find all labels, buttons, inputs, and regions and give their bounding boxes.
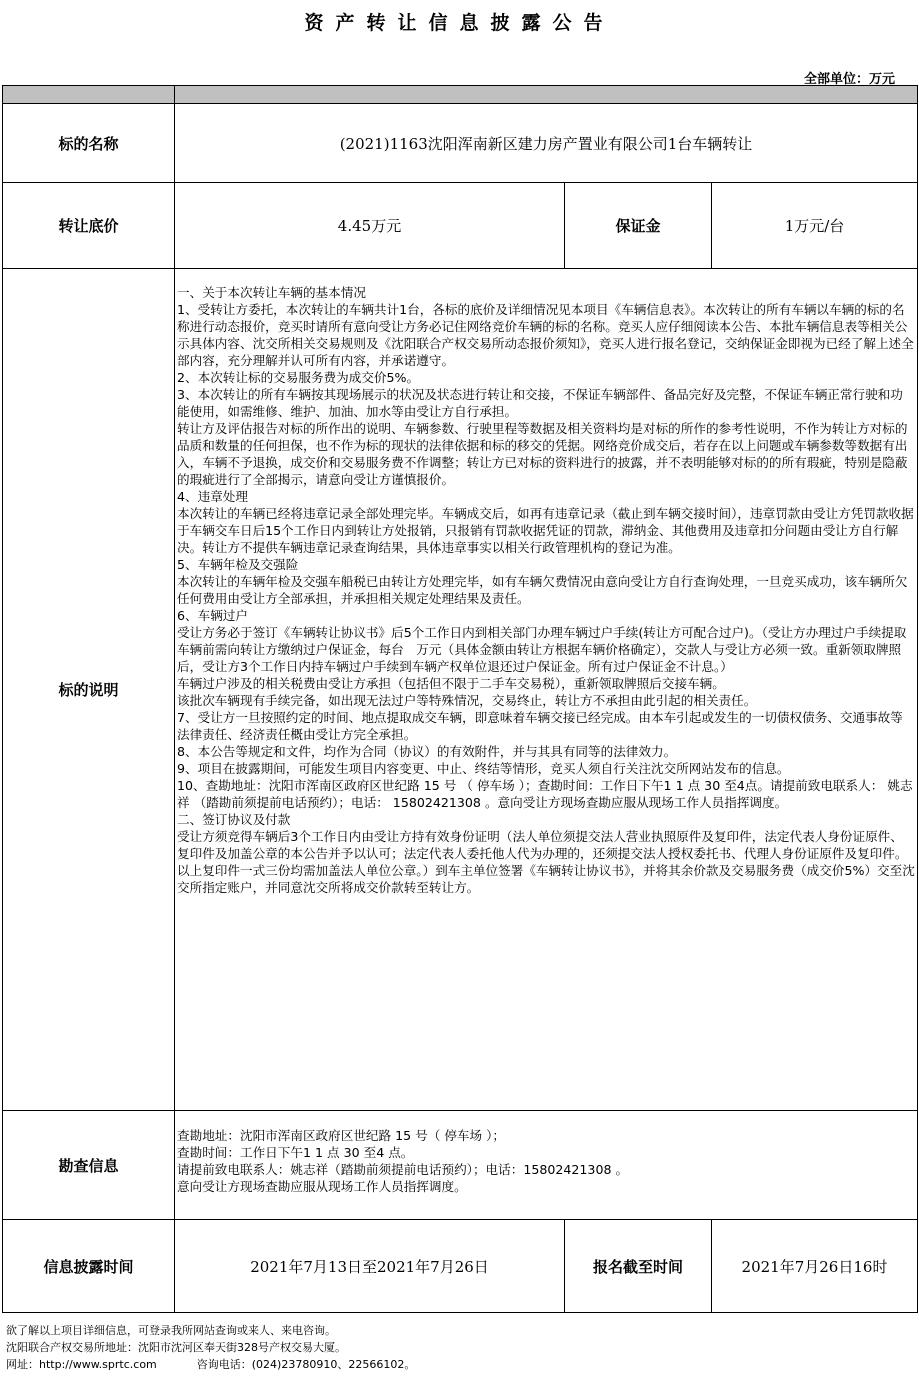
row-price: 转让底价 4.45万元 保证金 1万元/台	[3, 183, 918, 269]
desc-line: 受让方务必于签订《车辆转让协议书》后5个工作日内到相关部门办理车辆过户手续(转让…	[177, 624, 915, 675]
header-cell-left	[3, 86, 175, 104]
desc-line: 9、项目在披露期间，可能发生项目内容变更、中止、终结等情形，竞买人须自行关注沈交…	[177, 760, 915, 777]
row-dates: 信息披露时间 2021年7月13日至2021年7月26日 报名截至时间 2021…	[3, 1220, 918, 1313]
desc-line: 5、车辆年检及交强险	[177, 556, 915, 573]
disclosure-label: 信息披露时间	[3, 1220, 175, 1313]
price-label: 转让底价	[3, 183, 175, 269]
survey-line: 查勘地址：沈阳市浑南区政府区世纪路 15 号（ 停车场 ）；	[177, 1127, 915, 1144]
desc-line: 本次转让的车辆已经将违章记录全部处理完毕。车辆成交后，如再有违章记录（截止到车辆…	[177, 505, 915, 556]
target-name-label: 标的名称	[3, 104, 175, 183]
deadline-label: 报名截至时间	[565, 1220, 712, 1313]
description-content: 一、关于本次转让车辆的基本情况 1、受转让方委托，本次转让的车辆共计1台，各标的…	[175, 269, 918, 1111]
footer-info-line: 欲了解以上项目详细信息，可登录我所网站查询或来人、来电咨询。	[6, 1322, 415, 1339]
phone-label: 咨询电话：	[197, 1358, 252, 1371]
deposit-value: 1万元/台	[712, 183, 918, 269]
description-label: 标的说明	[3, 269, 175, 1111]
header-row	[3, 86, 918, 104]
footer-contact-line: 网址：http://www.sprtc.com咨询电话：(024)2378091…	[6, 1356, 415, 1373]
disclosure-value: 2021年7月13日至2021年7月26日	[175, 1220, 565, 1313]
price-value: 4.45万元	[175, 183, 565, 269]
desc-line: 2、本次转让标的交易服务费为成交价5%。	[177, 369, 915, 386]
survey-line: 查勘时间：工作日下午1 1 点 30 至4 点。	[177, 1144, 915, 1161]
survey-content: 查勘地址：沈阳市浑南区政府区世纪路 15 号（ 停车场 ）； 查勘时间：工作日下…	[175, 1111, 918, 1220]
desc-line: 车辆过户涉及的相关税费由受让方承担（包括但不限于二手车交易税），重新领取牌照后交…	[177, 675, 915, 692]
deposit-label: 保证金	[565, 183, 712, 269]
footer: 欲了解以上项目详细信息，可登录我所网站查询或来人、来电咨询。 沈阳联合产权交易所…	[6, 1322, 415, 1373]
website-label: 网址：	[6, 1358, 39, 1371]
desc-line: 7、受让方一旦按照约定的时间、地点提取成交车辆，即意味着车辆交接已经完成。由本车…	[177, 709, 915, 743]
desc-line: 转让方及评估报告对标的所作出的说明、车辆参数、行驶里程等数据及相关资料均是对标的…	[177, 420, 915, 488]
desc-line: 6、车辆过户	[177, 607, 915, 624]
desc-line: 该批次车辆现有手续完备，如出现无法过户等特殊情况，交易终止，转让方不承担由此引起…	[177, 692, 915, 709]
desc-line: 一、关于本次转让车辆的基本情况	[177, 284, 915, 301]
desc-line: 4、违章处理	[177, 488, 915, 505]
desc-line: 本次转让的车辆年检及交强车船税已由转让方处理完毕，如有车辆欠费情况由意向受让方自…	[177, 573, 915, 607]
announcement-table: 标的名称 (2021)1163沈阳浑南新区建力房产置业有限公司1台车辆转让 转让…	[2, 85, 918, 1313]
desc-line: 二、签订协议及付款	[177, 811, 915, 828]
survey-label: 勘查信息	[3, 1111, 175, 1220]
survey-line: 意向受让方现场查勘应服从现场工作人员指挥调度。	[177, 1178, 915, 1195]
desc-line: 10、查勘地址：沈阳市浑南区政府区世纪路 15 号 （ 停车场 ）；查勘时间：工…	[177, 777, 915, 811]
deadline-value: 2021年7月26日16时	[712, 1220, 918, 1313]
row-target-name: 标的名称 (2021)1163沈阳浑南新区建力房产置业有限公司1台车辆转让	[3, 104, 918, 183]
desc-line: 1、受转让方委托，本次转让的车辆共计1台，各标的底价及详细情况见本项目《车辆信息…	[177, 301, 915, 369]
website-link[interactable]: http://www.sprtc.com	[39, 1358, 157, 1371]
desc-line: 8、本公告等规定和文件，均作为合同（协议）的有效附件，并与其具有同等的法律效力。	[177, 743, 915, 760]
phone-value: (024)23780910、22566102。	[252, 1358, 416, 1371]
page-title: 资产转让信息披露公告	[0, 8, 919, 35]
target-name-value: (2021)1163沈阳浑南新区建力房产置业有限公司1台车辆转让	[175, 104, 918, 183]
desc-line: 3、本次转让的所有车辆按其现场展示的状况及状态进行转让和交接，不保证车辆部件、备…	[177, 386, 915, 420]
row-survey: 勘查信息 查勘地址：沈阳市浑南区政府区世纪路 15 号（ 停车场 ）； 查勘时间…	[3, 1111, 918, 1220]
desc-line: 受让方须竞得车辆后3个工作日内由受让方持有效身份证明（法人单位须提交法人营业执照…	[177, 828, 915, 896]
footer-address-line: 沈阳联合产权交易所地址：沈阳市沈河区奉天街328号产权交易大厦。	[6, 1339, 415, 1356]
survey-line: 请提前致电联系人：姚志祥（踏勘前须提前电话预约）；电话：15802421308 …	[177, 1161, 915, 1178]
row-description: 标的说明 一、关于本次转让车辆的基本情况 1、受转让方委托，本次转让的车辆共计1…	[3, 269, 918, 1111]
header-cell-right	[175, 86, 918, 104]
